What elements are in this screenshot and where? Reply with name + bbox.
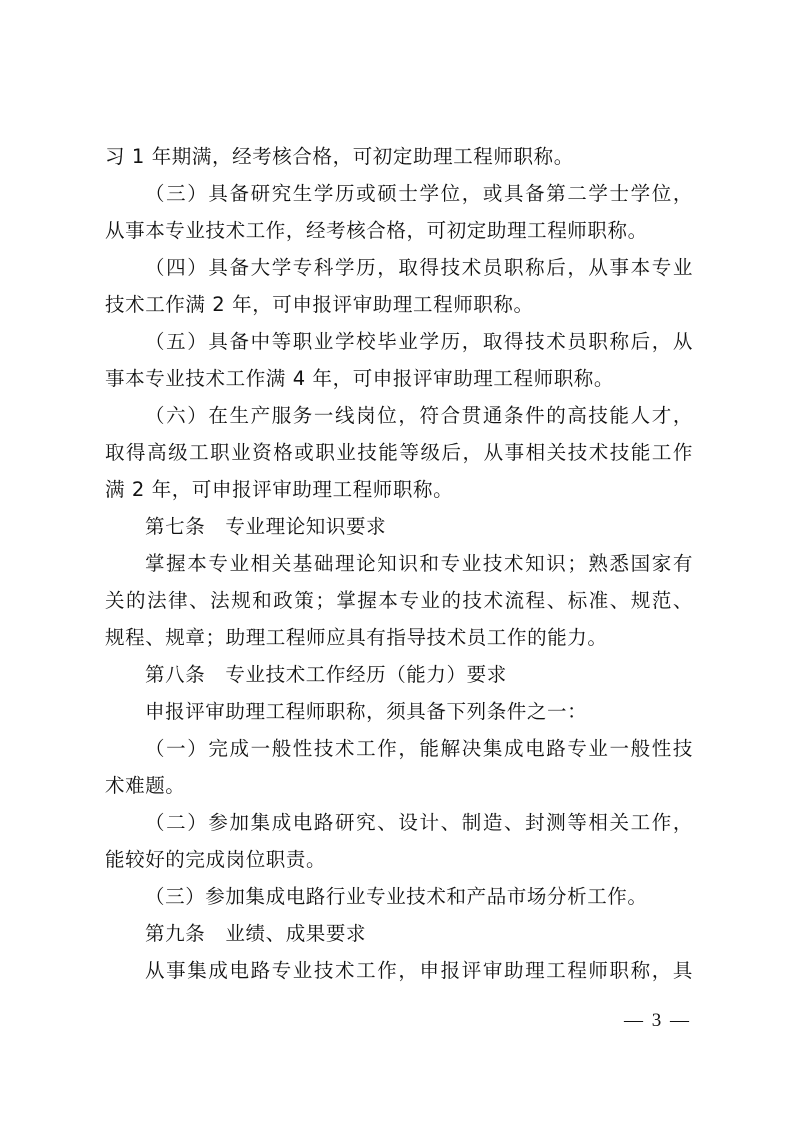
text-line: 满 2 年，可申报评审助理工程师职称。 — [105, 471, 693, 508]
text-line: （一）完成一般性技术工作，能解决集成电路专业一般性技 — [105, 730, 693, 767]
text-line: 习 1 年期满，经考核合格，可初定助理工程师职称。 — [105, 138, 693, 175]
text-line: （六）在生产服务一线岗位，符合贯通条件的高技能人才， — [105, 397, 693, 434]
text-line: 从事本专业技术工作，经考核合格，可初定助理工程师职称。 — [105, 212, 693, 249]
text-line: （四）具备大学专科学历，取得技术员职称后，从事本专业 — [105, 249, 693, 286]
body-text: 习 1 年期满，经考核合格，可初定助理工程师职称。 （三）具备研究生学历或硕士学… — [105, 138, 693, 989]
text-line: （三）参加集成电路行业专业技术和产品市场分析工作。 — [105, 878, 693, 915]
text-line: 规程、规章；助理工程师应具有指导技术员工作的能力。 — [105, 619, 693, 656]
article-heading: 第七条 专业理论知识要求 — [105, 508, 693, 545]
text-line: 申报评审助理工程师职称，须具备下列条件之一： — [105, 693, 693, 730]
text-line: 技术工作满 2 年，可申报评审助理工程师职称。 — [105, 286, 693, 323]
text-line: （二）参加集成电路研究、设计、制造、封测等相关工作， — [105, 804, 693, 841]
text-line: 掌握本专业相关基础理论知识和专业技术知识；熟悉国家有 — [105, 545, 693, 582]
text-line: 术难题。 — [105, 767, 693, 804]
text-line: 取得高级工职业资格或职业技能等级后，从事相关技术技能工作 — [105, 434, 693, 471]
article-heading: 第八条 专业技术工作经历（能力）要求 — [105, 656, 693, 693]
text-line: 能较好的完成岗位职责。 — [105, 841, 693, 878]
text-line: （三）具备研究生学历或硕士学位，或具备第二学士学位， — [105, 175, 693, 212]
document-page: 习 1 年期满，经考核合格，可初定助理工程师职称。 （三）具备研究生学历或硕士学… — [0, 0, 793, 1122]
text-line: 事本专业技术工作满 4 年，可申报评审助理工程师职称。 — [105, 360, 693, 397]
page-number: — 3 — — [624, 1010, 691, 1032]
text-line: （五）具备中等职业学校毕业学历，取得技术员职称后，从 — [105, 323, 693, 360]
article-heading: 第九条 业绩、成果要求 — [105, 915, 693, 952]
text-line: 关的法律、法规和政策；掌握本专业的技术流程、标准、规范、 — [105, 582, 693, 619]
text-line: 从事集成电路专业技术工作，申报评审助理工程师职称，具 — [105, 952, 693, 989]
